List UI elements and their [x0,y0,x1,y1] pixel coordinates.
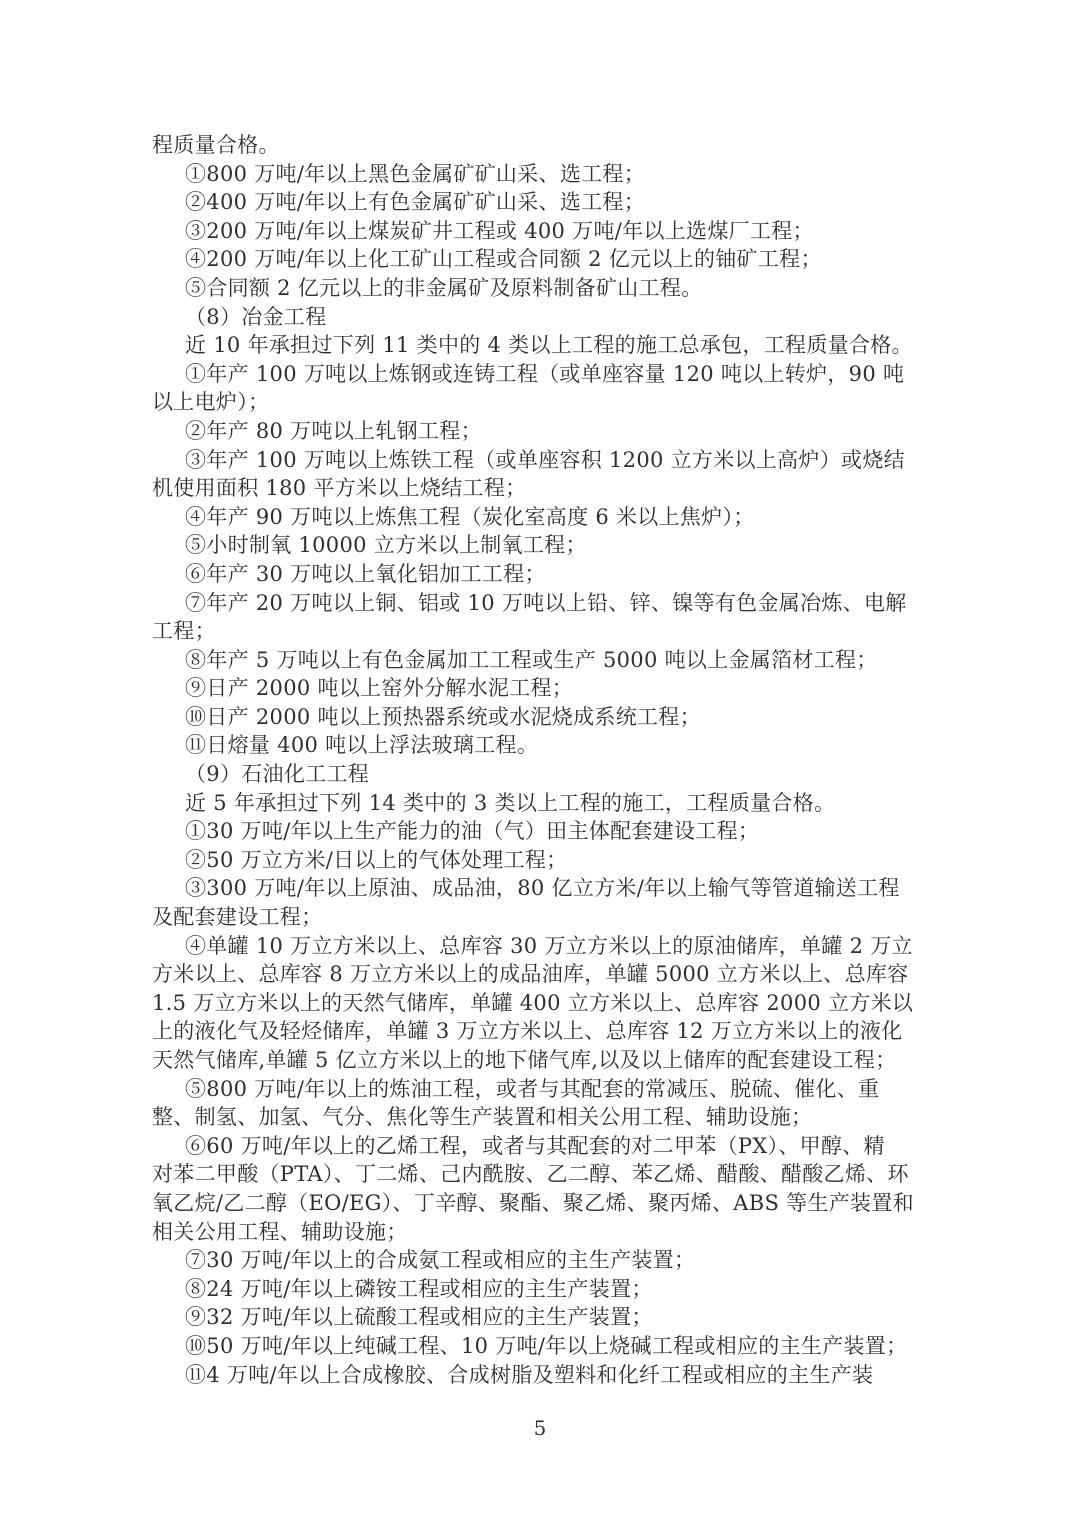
text-line: ⑨日产 2000 吨以上窑外分解水泥工程； [152,674,920,703]
document-page: 程质量合格。①800 万吨/年以上黑色金属矿矿山采、选工程；②400 万吨/年以… [0,0,1080,1527]
text-line: ③年产 100 万吨以上炼铁工程（或单座容积 1200 立方米以上高炉）或烧结 [152,446,920,475]
text-line: ①30 万吨/年以上生产能力的油（气）田主体配套建设工程； [152,817,920,846]
text-line: ⑦年产 20 万吨以上铜、铝或 10 万吨以上铅、锌、镍等有色金属冶炼、电解 [152,589,920,618]
text-line: ⑤合同额 2 亿元以上的非金属矿及原料制备矿山工程。 [152,274,920,303]
text-line: ⑧24 万吨/年以上磷铵工程或相应的主生产装置； [152,1275,920,1304]
text-line: 整、制氢、加氢、气分、焦化等生产装置和相关公用工程、辅助设施； [152,1103,920,1132]
text-line: 近 5 年承担过下列 14 类中的 3 类以上工程的施工，工程质量合格。 [152,789,920,818]
text-line: ①800 万吨/年以上黑色金属矿矿山采、选工程； [152,160,920,189]
text-line: ⑩50 万吨/年以上纯碱工程、10 万吨/年以上烧碱工程或相应的主生产装置； [152,1332,920,1361]
text-line: ⑦30 万吨/年以上的合成氨工程或相应的主生产装置； [152,1246,920,1275]
document-body: 程质量合格。①800 万吨/年以上黑色金属矿矿山采、选工程；②400 万吨/年以… [152,131,920,1389]
text-line: 程质量合格。 [152,131,920,160]
text-line: （9）石油化工工程 [152,760,920,789]
text-line: ⑨32 万吨/年以上硫酸工程或相应的主生产装置； [152,1303,920,1332]
text-line: ④单罐 10 万立方米以上、总库容 30 万立方米以上的原油储库，单罐 2 万立 [152,932,920,961]
page-number: 5 [0,1416,1080,1440]
text-line: 近 10 年承担过下列 11 类中的 4 类以上工程的施工总承包，工程质量合格。 [152,331,920,360]
text-line: 方米以上、总库容 8 万立方米以上的成品油库，单罐 5000 立方米以上、总库容 [152,960,920,989]
text-line: ③300 万吨/年以上原油、成品油，80 亿立方米/年以上输气等管道输送工程 [152,874,920,903]
text-line: ⑧年产 5 万吨以上有色金属加工工程或生产 5000 吨以上金属箔材工程； [152,646,920,675]
text-line: ⑩日产 2000 吨以上预热器系统或水泥烧成系统工程； [152,703,920,732]
text-line: 对苯二甲酸（PTA）、丁二烯、己内酰胺、乙二醇、苯乙烯、醋酸、醋酸乙烯、环 [152,1160,920,1189]
text-line: 相关公用工程、辅助设施； [152,1218,920,1247]
text-line: ⑪日熔量 400 吨以上浮法玻璃工程。 [152,731,920,760]
text-line: ②400 万吨/年以上有色金属矿矿山采、选工程； [152,188,920,217]
text-line: ③200 万吨/年以上煤炭矿井工程或 400 万吨/年以上选煤厂工程； [152,217,920,246]
text-line: ⑥60 万吨/年以上的乙烯工程，或者与其配套的对二甲苯（PX）、甲醇、精 [152,1132,920,1161]
text-line: 及配套建设工程； [152,903,920,932]
text-line: ⑥年产 30 万吨以上氧化铝加工工程； [152,560,920,589]
text-line: 以上电炉）； [152,388,920,417]
text-line: ②年产 80 万吨以上轧钢工程； [152,417,920,446]
text-line: 氧乙烷/乙二醇（EO/EG）、丁辛醇、聚酯、聚乙烯、聚丙烯、ABS 等生产装置和 [152,1189,920,1218]
text-line: ④年产 90 万吨以上炼焦工程（炭化室高度 6 米以上焦炉）； [152,503,920,532]
text-line: 机使用面积 180 平方米以上烧结工程； [152,474,920,503]
text-line: 天然气储库,单罐 5 亿立方米以上的地下储气库,以及以上储库的配套建设工程； [152,1046,920,1075]
text-line: 上的液化气及轻烃储库，单罐 3 万立方米以上、总库容 12 万立方米以上的液化 [152,1017,920,1046]
text-line: ⑤800 万吨/年以上的炼油工程，或者与其配套的常减压、脱硫、催化、重 [152,1075,920,1104]
text-line: ⑤小时制氧 10000 立方米以上制氧工程； [152,531,920,560]
text-line: ①年产 100 万吨以上炼钢或连铸工程（或单座容量 120 吨以上转炉，90 吨 [152,360,920,389]
text-line: ⑪4 万吨/年以上合成橡胶、合成树脂及塑料和化纤工程或相应的主生产装 [152,1361,920,1390]
text-line: 1.5 万立方米以上的天然气储库，单罐 400 立方米以上、总库容 2000 立… [152,989,920,1018]
text-line: ④200 万吨/年以上化工矿山工程或合同额 2 亿元以上的铀矿工程； [152,245,920,274]
text-line: ②50 万立方米/日以上的气体处理工程； [152,846,920,875]
text-line: 工程； [152,617,920,646]
text-line: （8）冶金工程 [152,303,920,332]
